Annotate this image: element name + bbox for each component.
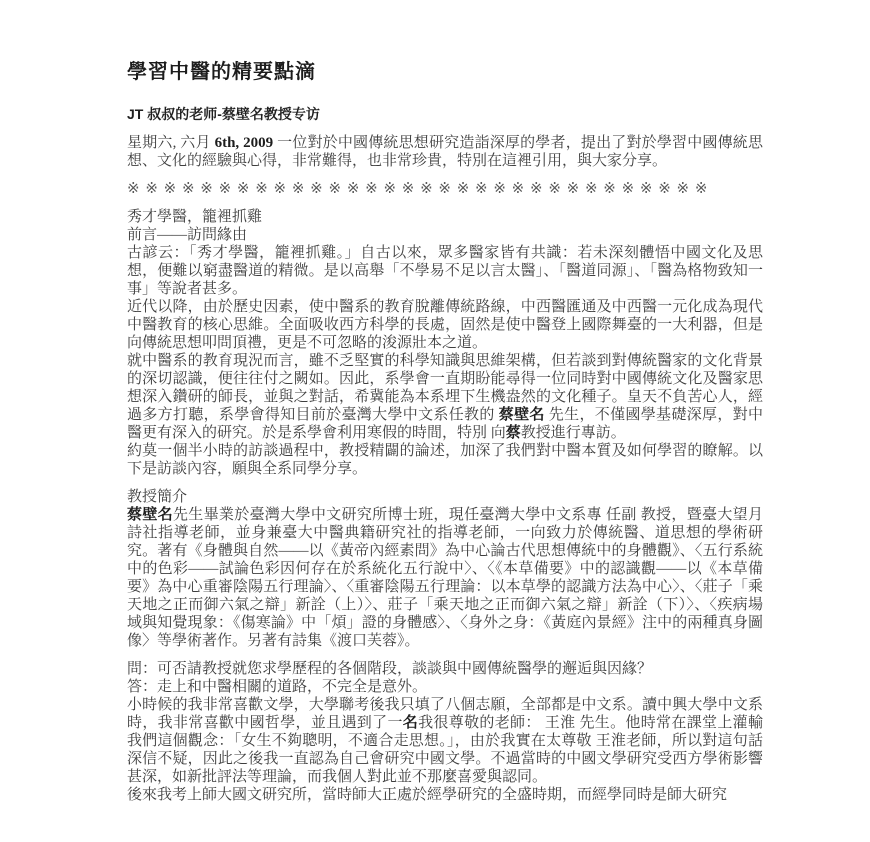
bold-char: 名 — [403, 715, 418, 731]
interview-answer: 答：走上和中醫相關的道路，不完全是意外。 — [127, 678, 763, 696]
article-subtitle: JT 叔叔的老师-蔡壁名教授专访 — [127, 106, 763, 122]
interview-paragraph-1: 小時候的我非常喜歡文學，大學聯考後我只填了八個志願，全部都是中文系。讀中興大學中… — [127, 696, 763, 786]
preface-paragraph-4: 約莫一個半小時的訪談過程中，教授精闢的論述，加深了我們對中醫本質及如何學習的瞭解… — [127, 442, 763, 478]
professor-surname-bold: 蔡 — [506, 425, 521, 441]
preface-heading: 前言——訪問緣由 — [127, 226, 763, 244]
professor-name-bold: 蔡壁名 — [127, 507, 173, 523]
separator-line: ※ ※ ※ ※ ※ ※ ※ ※ ※ ※ ※ ※ ※ ※ ※ ※ ※ ※ ※ ※ … — [127, 180, 763, 198]
proverb-line: 秀才學醫，籠裡抓雞 — [127, 208, 763, 226]
interview-block: 問：可否請教授就您求學歷程的各個階段，談談與中國傳統醫學的邂逅與因緣？ 答：走上… — [127, 660, 763, 804]
preface-paragraph-3: 就中醫系的教育現況而言，雖不乏堅實的科學知識與思維架構，但若談到對傳統醫家的文化… — [127, 352, 763, 442]
separator-block: ※ ※ ※ ※ ※ ※ ※ ※ ※ ※ ※ ※ ※ ※ ※ ※ ※ ※ ※ ※ … — [127, 180, 763, 198]
document-page: 學習中醫的精要點滴 JT 叔叔的老师-蔡壁名教授专访 星期六, 六月 6th, … — [0, 0, 870, 842]
preface-paragraph-3-end: 教授進行專訪。 — [521, 425, 626, 441]
intro-paragraph: 星期六, 六月 6th, 2009 一位對於中國傳統思想研究造詣深厚的學者，提出… — [127, 134, 763, 170]
professor-name-bold: 蔡壁名 — [499, 407, 545, 423]
intro-block: 星期六, 六月 6th, 2009 一位對於中國傳統思想研究造詣深厚的學者，提出… — [127, 134, 763, 170]
date-bold: 6th, 2009 — [215, 135, 274, 151]
page-title: 學習中醫的精要點滴 — [127, 60, 763, 84]
date-text: 星期六, 六月 — [127, 135, 215, 151]
preface-paragraph-2: 近代以降，由於歷史因素，使中醫系的教育脫離傳統路線，中西醫匯通及中西醫一元化成為… — [127, 298, 763, 352]
profile-paragraph: 蔡壁名先生畢業於臺灣大學中文研究所博士班，現任臺灣大學中文系專 任副 教授，暨臺… — [127, 506, 763, 650]
profile-block: 教授簡介 蔡壁名先生畢業於臺灣大學中文研究所博士班，現任臺灣大學中文系專 任副 … — [127, 488, 763, 650]
interview-paragraph-2: 後來我考上師大國文研究所，當時師大正處於經學研究的全盛時期，而經學同時是師大研究 — [127, 786, 763, 804]
interview-question: 問：可否請教授就您求學歷程的各個階段，談談與中國傳統醫學的邂逅與因緣？ — [127, 660, 763, 678]
preface-block: 秀才學醫，籠裡抓雞 前言——訪問緣由 古諺云：「秀才學醫，籠裡抓雞。」自古以來，… — [127, 208, 763, 478]
profile-text: 先生畢業於臺灣大學中文研究所博士班，現任臺灣大學中文系專 任副 教授，暨臺大望月… — [127, 507, 763, 649]
profile-heading: 教授簡介 — [127, 488, 763, 506]
preface-paragraph-1: 古諺云：「秀才學醫，籠裡抓雞。」自古以來，眾多醫家皆有共識：若未深刻體悟中國文化… — [127, 244, 763, 298]
